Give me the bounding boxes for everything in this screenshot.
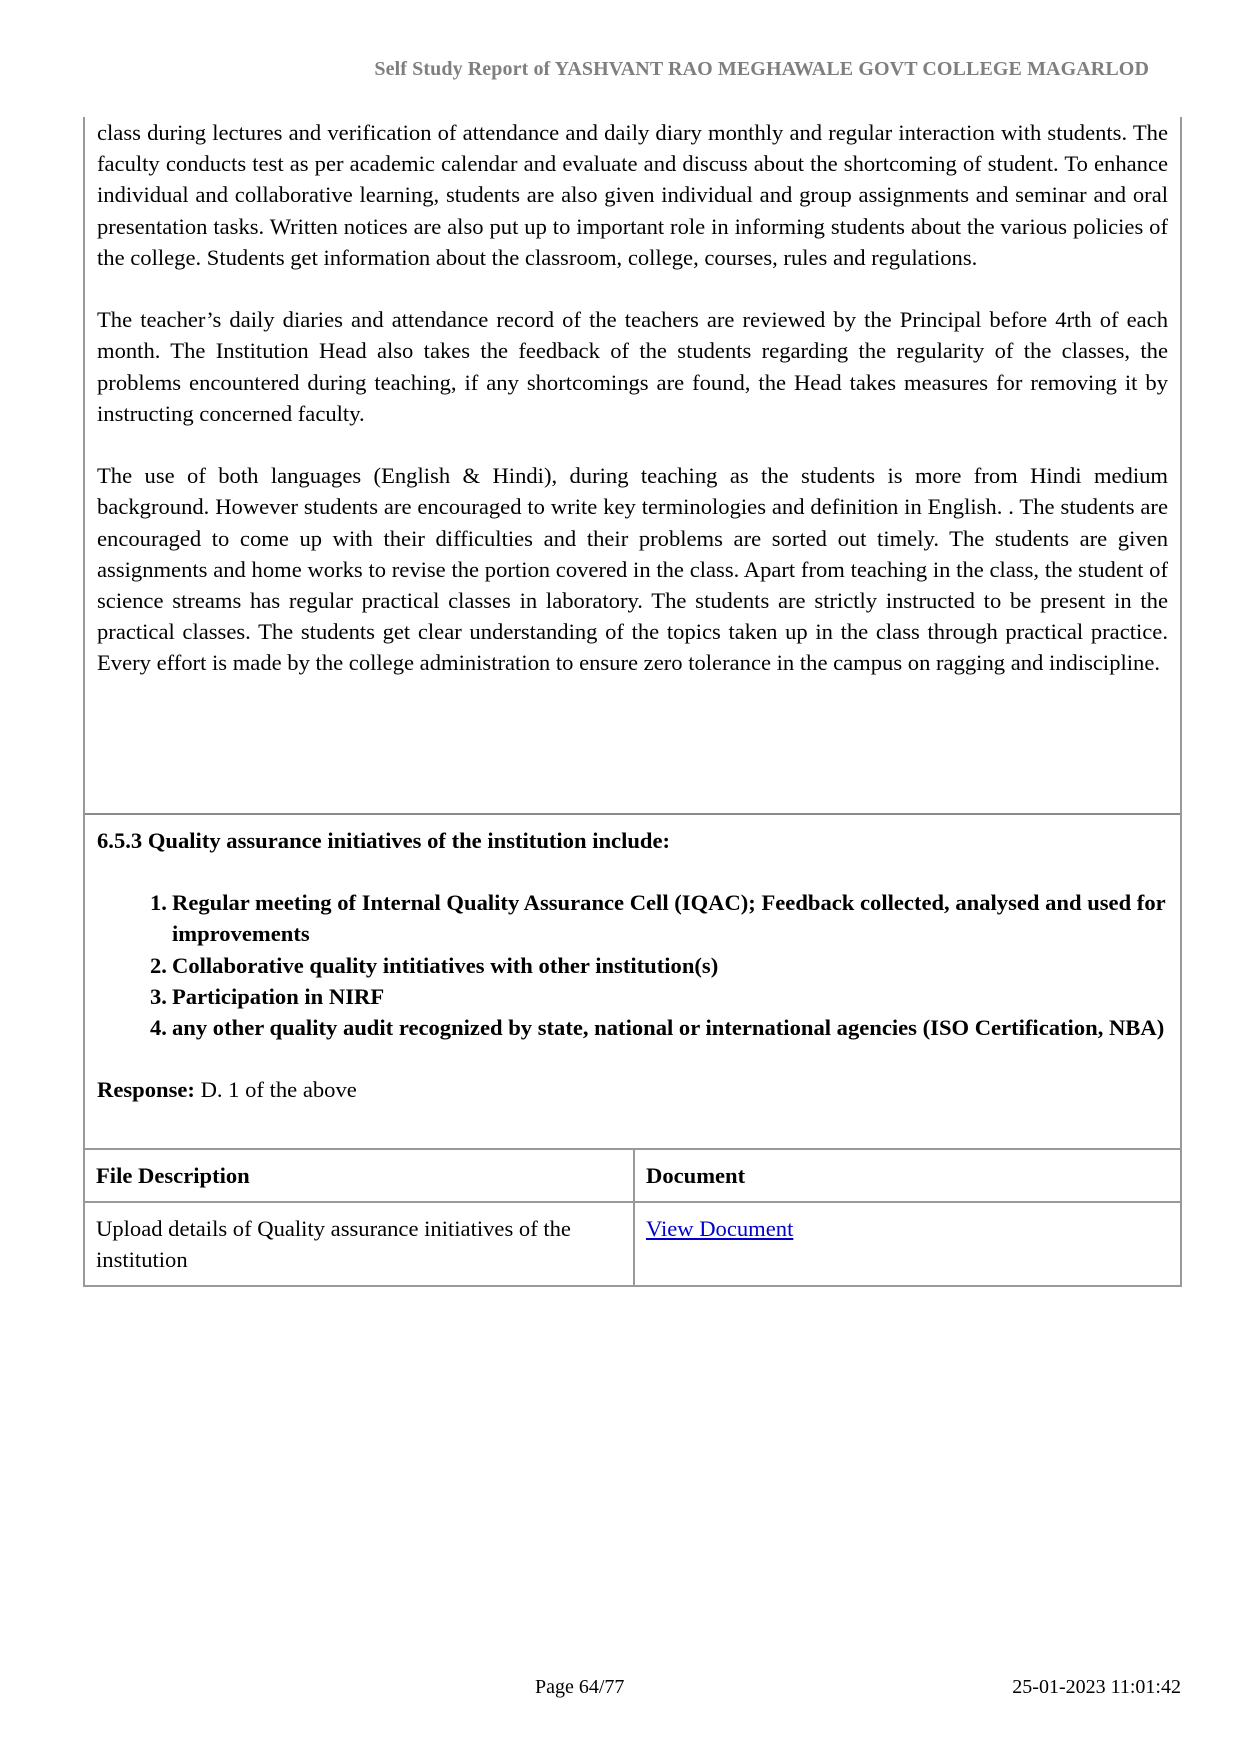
narrative-section: class during lectures and verification o… bbox=[85, 117, 1180, 815]
response-value: D. 1 of the above bbox=[195, 1077, 357, 1102]
response: Response: D. 1 of the above bbox=[97, 1074, 1168, 1105]
option-number: 1. bbox=[150, 887, 172, 949]
response-label: Response: bbox=[97, 1077, 195, 1102]
view-document-link[interactable]: View Document bbox=[646, 1216, 793, 1241]
option-number: 2. bbox=[150, 950, 172, 981]
page-header: Self Study Report of YASHVANT RAO MEGHAW… bbox=[374, 58, 1149, 81]
option-item: 1. Regular meeting of Internal Quality A… bbox=[150, 887, 1168, 949]
content-frame: class during lectures and verification o… bbox=[83, 117, 1182, 1149]
option-text: Participation in NIRF bbox=[172, 981, 1168, 1012]
option-item: 4. any other quality audit recognized by… bbox=[150, 1012, 1168, 1043]
option-number: 4. bbox=[150, 1012, 172, 1043]
option-text: any other quality audit recognized by st… bbox=[172, 1012, 1168, 1043]
file-table: File Description Document Upload details… bbox=[83, 1148, 1182, 1287]
paragraph: class during lectures and verification o… bbox=[97, 117, 1168, 273]
file-description-cell: Upload details of Quality assurance init… bbox=[84, 1202, 634, 1286]
option-item: 2. Collaborative quality intitiatives wi… bbox=[150, 950, 1168, 981]
question-title: 6.5.3 Quality assurance initiatives of t… bbox=[97, 825, 1168, 856]
option-text: Collaborative quality intitiatives with … bbox=[172, 950, 1168, 981]
footer-timestamp: 25-01-2023 11:01:42 bbox=[1012, 1676, 1181, 1699]
option-number: 3. bbox=[150, 981, 172, 1012]
page-number: Page 64/77 bbox=[535, 1676, 624, 1699]
option-item: 3. Participation in NIRF bbox=[150, 981, 1168, 1012]
table-header-row: File Description Document bbox=[84, 1149, 1181, 1202]
document-cell: View Document bbox=[634, 1202, 1181, 1286]
column-header-document: Document bbox=[634, 1149, 1181, 1202]
options-list: 1. Regular meeting of Internal Quality A… bbox=[97, 887, 1168, 1043]
question-section: 6.5.3 Quality assurance initiatives of t… bbox=[85, 815, 1180, 1149]
table-row: Upload details of Quality assurance init… bbox=[84, 1202, 1181, 1286]
paragraph: The teacher’s daily diaries and attendan… bbox=[97, 304, 1168, 429]
paragraph: The use of both languages (English & Hin… bbox=[97, 460, 1168, 678]
column-header-file-description: File Description bbox=[84, 1149, 634, 1202]
option-text: Regular meeting of Internal Quality Assu… bbox=[172, 887, 1168, 949]
